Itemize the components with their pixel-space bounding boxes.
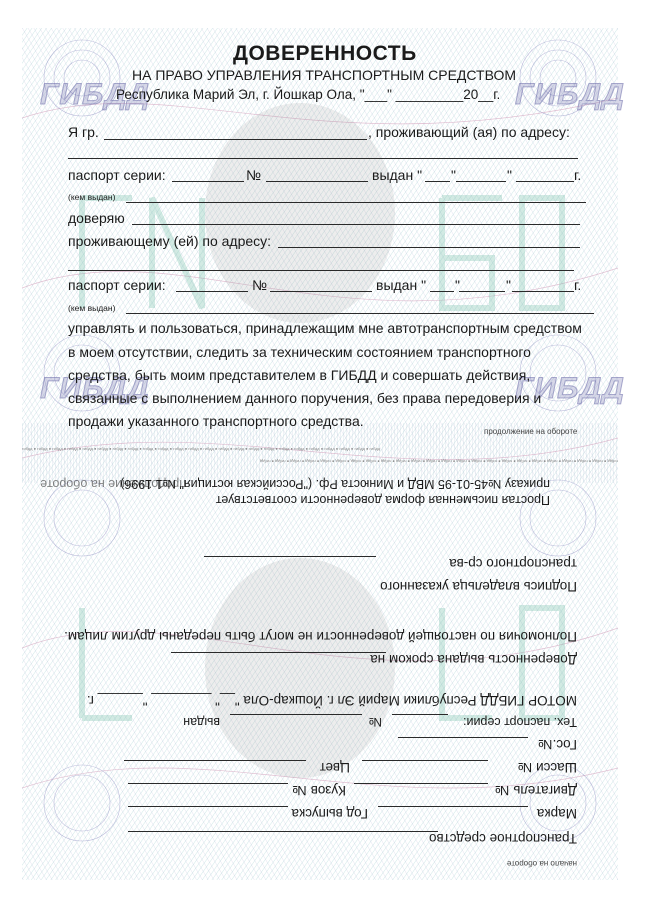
- chassis-field[interactable]: [362, 760, 488, 761]
- body-number-field[interactable]: [128, 783, 288, 784]
- trustee-label: доверяю: [68, 210, 125, 226]
- color-field[interactable]: [124, 760, 306, 761]
- trustee-address-field[interactable]: [278, 247, 580, 248]
- issued2-year-field[interactable]: [512, 291, 574, 292]
- engine-label: Двигатель №: [495, 783, 577, 798]
- plate-label: Гос.№: [538, 737, 577, 752]
- passport-number-label: №: [246, 167, 261, 183]
- issued2-day-field[interactable]: [430, 291, 454, 292]
- signature-label-2: транспортного ср-ва: [449, 556, 577, 571]
- passport-number-field[interactable]: [266, 181, 368, 182]
- issued2-month-field[interactable]: [459, 291, 505, 292]
- trustee-address-label: проживающему (ей) по адресу:: [68, 233, 271, 249]
- grantor-name-field[interactable]: [104, 139, 367, 140]
- body-line-2: в моем отсутствии, следить за технически…: [68, 344, 531, 360]
- body-line-4: связанные с выполнением данного поручени…: [68, 390, 541, 406]
- issued-label: выдан ": [372, 167, 422, 183]
- trustee-name-field[interactable]: [132, 224, 580, 225]
- body-line-3: средства, быть моим представителем в ГИБ…: [68, 367, 530, 383]
- trustee-address-field-2[interactable]: [68, 270, 574, 271]
- start-note: начало на обороте: [507, 859, 577, 868]
- brand-field[interactable]: [378, 806, 528, 807]
- year-label: Год выпуска: [292, 806, 369, 821]
- body-line-1: управлять и пользоваться, принадлежащим …: [68, 320, 582, 336]
- reverse-side: начало на обороте Транспортное средство …: [22, 455, 618, 880]
- quote-mark: ": [506, 277, 511, 293]
- issued-by-field[interactable]: [126, 202, 586, 203]
- grantor-address-label: , проживающий (ая) по адресу:: [368, 124, 570, 140]
- year-suffix: г.: [574, 277, 581, 293]
- year-field[interactable]: [128, 806, 288, 807]
- grantor-address-field[interactable]: [68, 158, 578, 159]
- gibdd-watermark: ГИБДД: [515, 78, 625, 112]
- microtext-band: гибдд ● гибдд ● гибдд ● гибдд ● гибдд ● …: [22, 446, 618, 451]
- brand-label: Марка: [537, 806, 577, 821]
- techpass-number-field[interactable]: [230, 714, 362, 715]
- body-number-label: Кузов №: [292, 783, 346, 798]
- passport2-number-field[interactable]: [270, 291, 372, 292]
- issued-by-label: (кем выдан): [68, 192, 115, 202]
- document-subtitle: НА ПРАВО УПРАВЛЕНИЯ ТРАНСПОРТНЫМ СРЕДСТВ…: [132, 67, 516, 83]
- issued2-by-label: (кем выдан): [68, 303, 115, 313]
- place-date-line: Республика Марий Эл, г. Йошкар Ола, "___…: [116, 87, 500, 102]
- passport2-number-label: №: [252, 277, 267, 293]
- document-title: ДОВЕРЕННОСТЬ: [233, 42, 417, 66]
- color-label: Цвет: [320, 760, 350, 775]
- issued-month-field[interactable]: [456, 181, 506, 182]
- body-line-5: продажи указанного транспортного средств…: [68, 413, 364, 429]
- passport2-series-field[interactable]: [176, 291, 248, 292]
- issued2-label: выдан ": [376, 277, 426, 293]
- passport-series-field[interactable]: [172, 181, 244, 182]
- chassis-label: Шасси №: [518, 760, 577, 775]
- term-label: Доверенность выдана сроком на: [370, 652, 577, 667]
- issued-day-field[interactable]: [425, 181, 450, 182]
- legal-note-1: Простая письменная форма доверенности со…: [216, 493, 550, 507]
- plate-field[interactable]: [398, 737, 528, 738]
- passport-series-label: паспорт серии:: [68, 167, 166, 183]
- term-field[interactable]: [171, 652, 386, 653]
- powers-note: Полномочия по настоящей доверенности не …: [64, 629, 577, 644]
- legal-note-overlap: продолжение на обороте: [40, 477, 186, 491]
- owner-signature-field[interactable]: [204, 556, 376, 557]
- signature-label-1: Подпись владельца указанного: [380, 579, 577, 594]
- year-suffix: г.: [574, 167, 581, 183]
- vehicle-field[interactable]: [128, 831, 438, 832]
- grantor-label: Я гр.: [68, 124, 99, 140]
- techpass-number-sign: №: [369, 715, 382, 729]
- passport2-series-label: паспорт серии:: [68, 277, 166, 293]
- quote-mark: ": [507, 167, 512, 183]
- issued2-by-field[interactable]: [126, 313, 594, 314]
- motor-gibdd-line: МОТОР ГИБДД Республики Марий Эл г. Йошка…: [87, 693, 577, 708]
- techpass-label: Тех. паспорт серии:: [463, 715, 577, 729]
- engine-field[interactable]: [354, 783, 488, 784]
- techpass-issued-label: выдан: [183, 715, 220, 729]
- issued-year-field[interactable]: [516, 181, 574, 182]
- continued-note: продолжение на обороте: [484, 427, 577, 436]
- techpass-series-field[interactable]: [392, 714, 448, 715]
- vehicle-label: Транспортное средство: [429, 831, 577, 846]
